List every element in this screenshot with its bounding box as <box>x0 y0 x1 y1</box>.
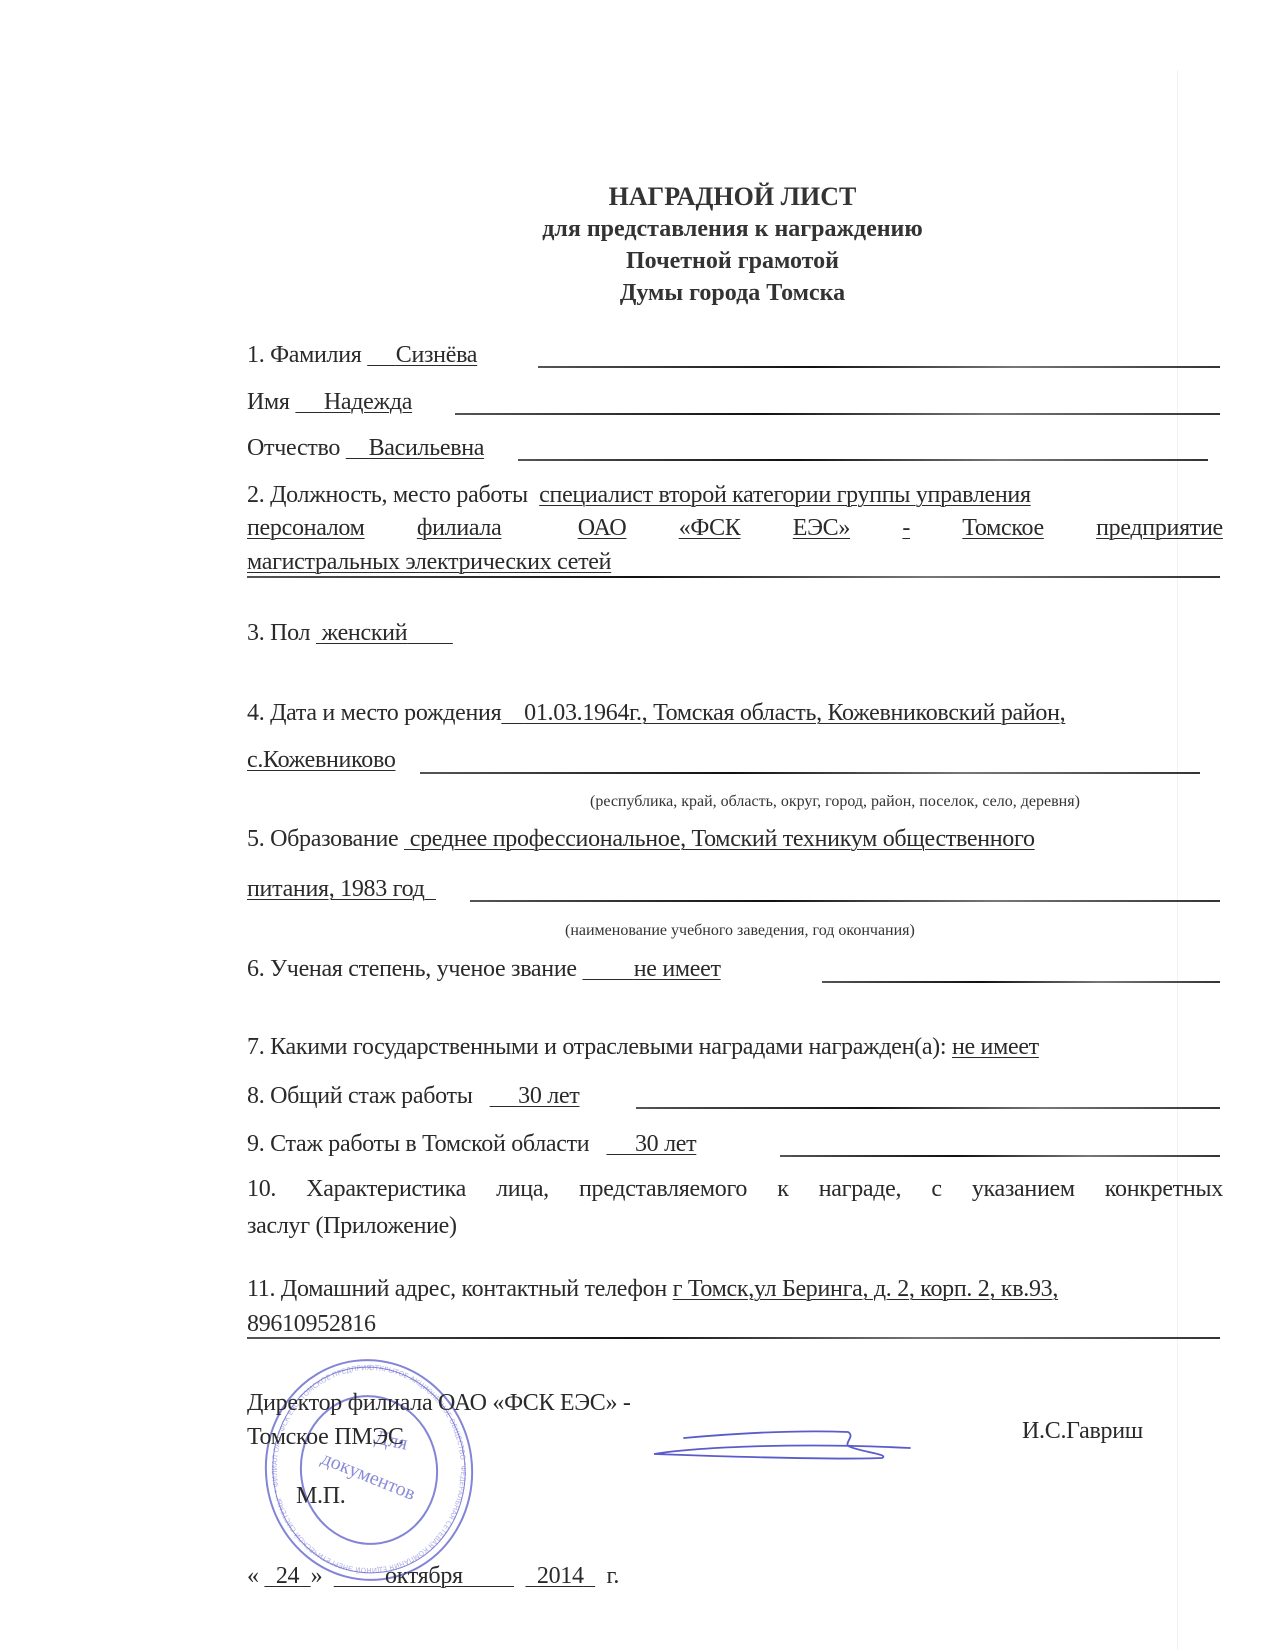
birth-label: 4. Дата и место рождения <box>247 700 501 726</box>
birth-hint: (республика, край, область, округ, город… <box>590 793 1080 811</box>
signatory-name: И.С.Гавриш <box>1022 1418 1143 1445</box>
total-experience-value: 30 лет <box>490 1083 580 1109</box>
awards-row: 7. Какими государственными и отраслевыми… <box>247 1034 1039 1061</box>
tomsk-experience-rule <box>780 1155 1220 1157</box>
position-value-line1: специалист второй категории группы управ… <box>539 482 1031 508</box>
address-value-line1: г Томск,ул Беринга, д. 2, корп. 2, кв.93… <box>673 1276 1058 1302</box>
total-experience-label: 8. Общий стаж работы <box>247 1083 473 1109</box>
degree-label: 6. Ученая степень, ученое звание <box>247 956 577 982</box>
total-experience-rule <box>636 1107 1220 1109</box>
document-subtitle-1: для представления к награждению <box>0 216 1275 243</box>
tomsk-experience-value: 30 лет <box>606 1131 696 1157</box>
date-close-quote: » <box>311 1563 323 1589</box>
characteristic-row-1: 10. Характеристика лица, представляемого… <box>247 1176 1223 1203</box>
birth-value-line2: с.Кожевниково <box>247 747 396 773</box>
name-label: Имя <box>247 389 290 415</box>
document-subtitle-2: Почетной грамотой <box>0 248 1275 275</box>
education-value-line1: среднее профессиональное, Томский техник… <box>404 826 1035 852</box>
position-value-line3: магистральных электрических сетей <box>247 549 611 575</box>
date-year: 2014 <box>525 1563 595 1589</box>
total-experience-row: 8. Общий стаж работы 30 лет <box>247 1083 580 1110</box>
birth-value-line1: 01.03.1964г., Томская область, Кожевнико… <box>501 700 1065 726</box>
sex-row: 3. Пол женский <box>247 620 453 647</box>
document-title: НАГРАДНОЙ ЛИСТ <box>0 182 1275 212</box>
surname-label: 1. Фамилия <box>247 342 362 368</box>
tomsk-experience-label: 9. Стаж работы в Томской области <box>247 1131 589 1157</box>
awards-value: не имеет <box>952 1034 1039 1060</box>
degree-value: не имеет <box>582 956 720 982</box>
position-value-line2: персоналом филиала ОАО «ФСК ЕЭС» - Томск… <box>247 515 1223 542</box>
name-rule <box>455 413 1220 415</box>
birth-rule <box>420 772 1200 774</box>
position-label: 2. Должность, место работы <box>247 482 528 508</box>
date-open-quote: « <box>247 1563 259 1589</box>
address-rule <box>247 1337 1220 1339</box>
address-row-2: 89610952816 <box>247 1311 376 1338</box>
awards-label: 7. Какими государственными и отраслевыми… <box>247 1034 946 1060</box>
sex-label: 3. Пол <box>247 620 310 646</box>
patronymic-label: Отчество <box>247 435 340 461</box>
date-suffix: г. <box>607 1563 620 1589</box>
education-row-2: питания, 1983 год <box>247 876 436 903</box>
address-row-1: 11. Домашний адрес, контактный телефон г… <box>247 1276 1058 1303</box>
position-rule <box>247 576 1220 578</box>
document-subtitle-3: Думы города Томска <box>0 280 1275 307</box>
characteristic-row-2: заслуг (Приложение) <box>247 1213 457 1240</box>
patronymic-rule <box>518 459 1208 461</box>
education-rule <box>470 900 1220 902</box>
handwritten-signature-icon <box>650 1428 920 1468</box>
patronymic-value: Васильевна <box>346 435 484 461</box>
surname-value: Сизнёва <box>367 342 477 368</box>
address-value-line2: 89610952816 <box>247 1311 376 1337</box>
tomsk-experience-row: 9. Стаж работы в Томской области 30 лет <box>247 1131 696 1158</box>
address-label: 11. Домашний адрес, контактный телефон <box>247 1276 667 1302</box>
scan-edge-line <box>1177 70 1178 1650</box>
date-row: « 24 » октября 2014 г. <box>247 1563 619 1590</box>
degree-row: 6. Ученая степень, ученое звание не имее… <box>247 956 721 983</box>
education-row-1: 5. Образование среднее профессиональное,… <box>247 826 1035 853</box>
patronymic-row: Отчество Васильевна <box>247 435 484 462</box>
sex-value: женский <box>316 620 453 646</box>
date-month: октября <box>334 1563 514 1589</box>
position-row-3: магистральных электрических сетей <box>247 549 611 576</box>
birth-row-1: 4. Дата и место рождения 01.03.1964г., Т… <box>247 700 1065 727</box>
signatory-position-line2: Томское ПМЭС <box>247 1424 404 1451</box>
surname-row: 1. Фамилия Сизнёва <box>247 342 477 369</box>
birth-row-2: с.Кожевниково <box>247 747 396 774</box>
surname-rule <box>538 366 1220 368</box>
position-row-1: 2. Должность, место работы специалист вт… <box>247 482 1031 509</box>
education-hint: (наименование учебного заведения, год ок… <box>565 922 915 940</box>
degree-rule <box>822 981 1220 983</box>
signatory-position-line1: Директор филиала ОАО «ФСК ЕЭС» - <box>247 1390 631 1417</box>
seal-label: М.П. <box>296 1483 345 1510</box>
education-value-line2: питания, 1983 год <box>247 876 436 902</box>
name-value: Надежда <box>295 389 412 415</box>
date-day: 24 <box>264 1563 310 1589</box>
education-label: 5. Образование <box>247 826 398 852</box>
name-row: Имя Надежда <box>247 389 412 416</box>
